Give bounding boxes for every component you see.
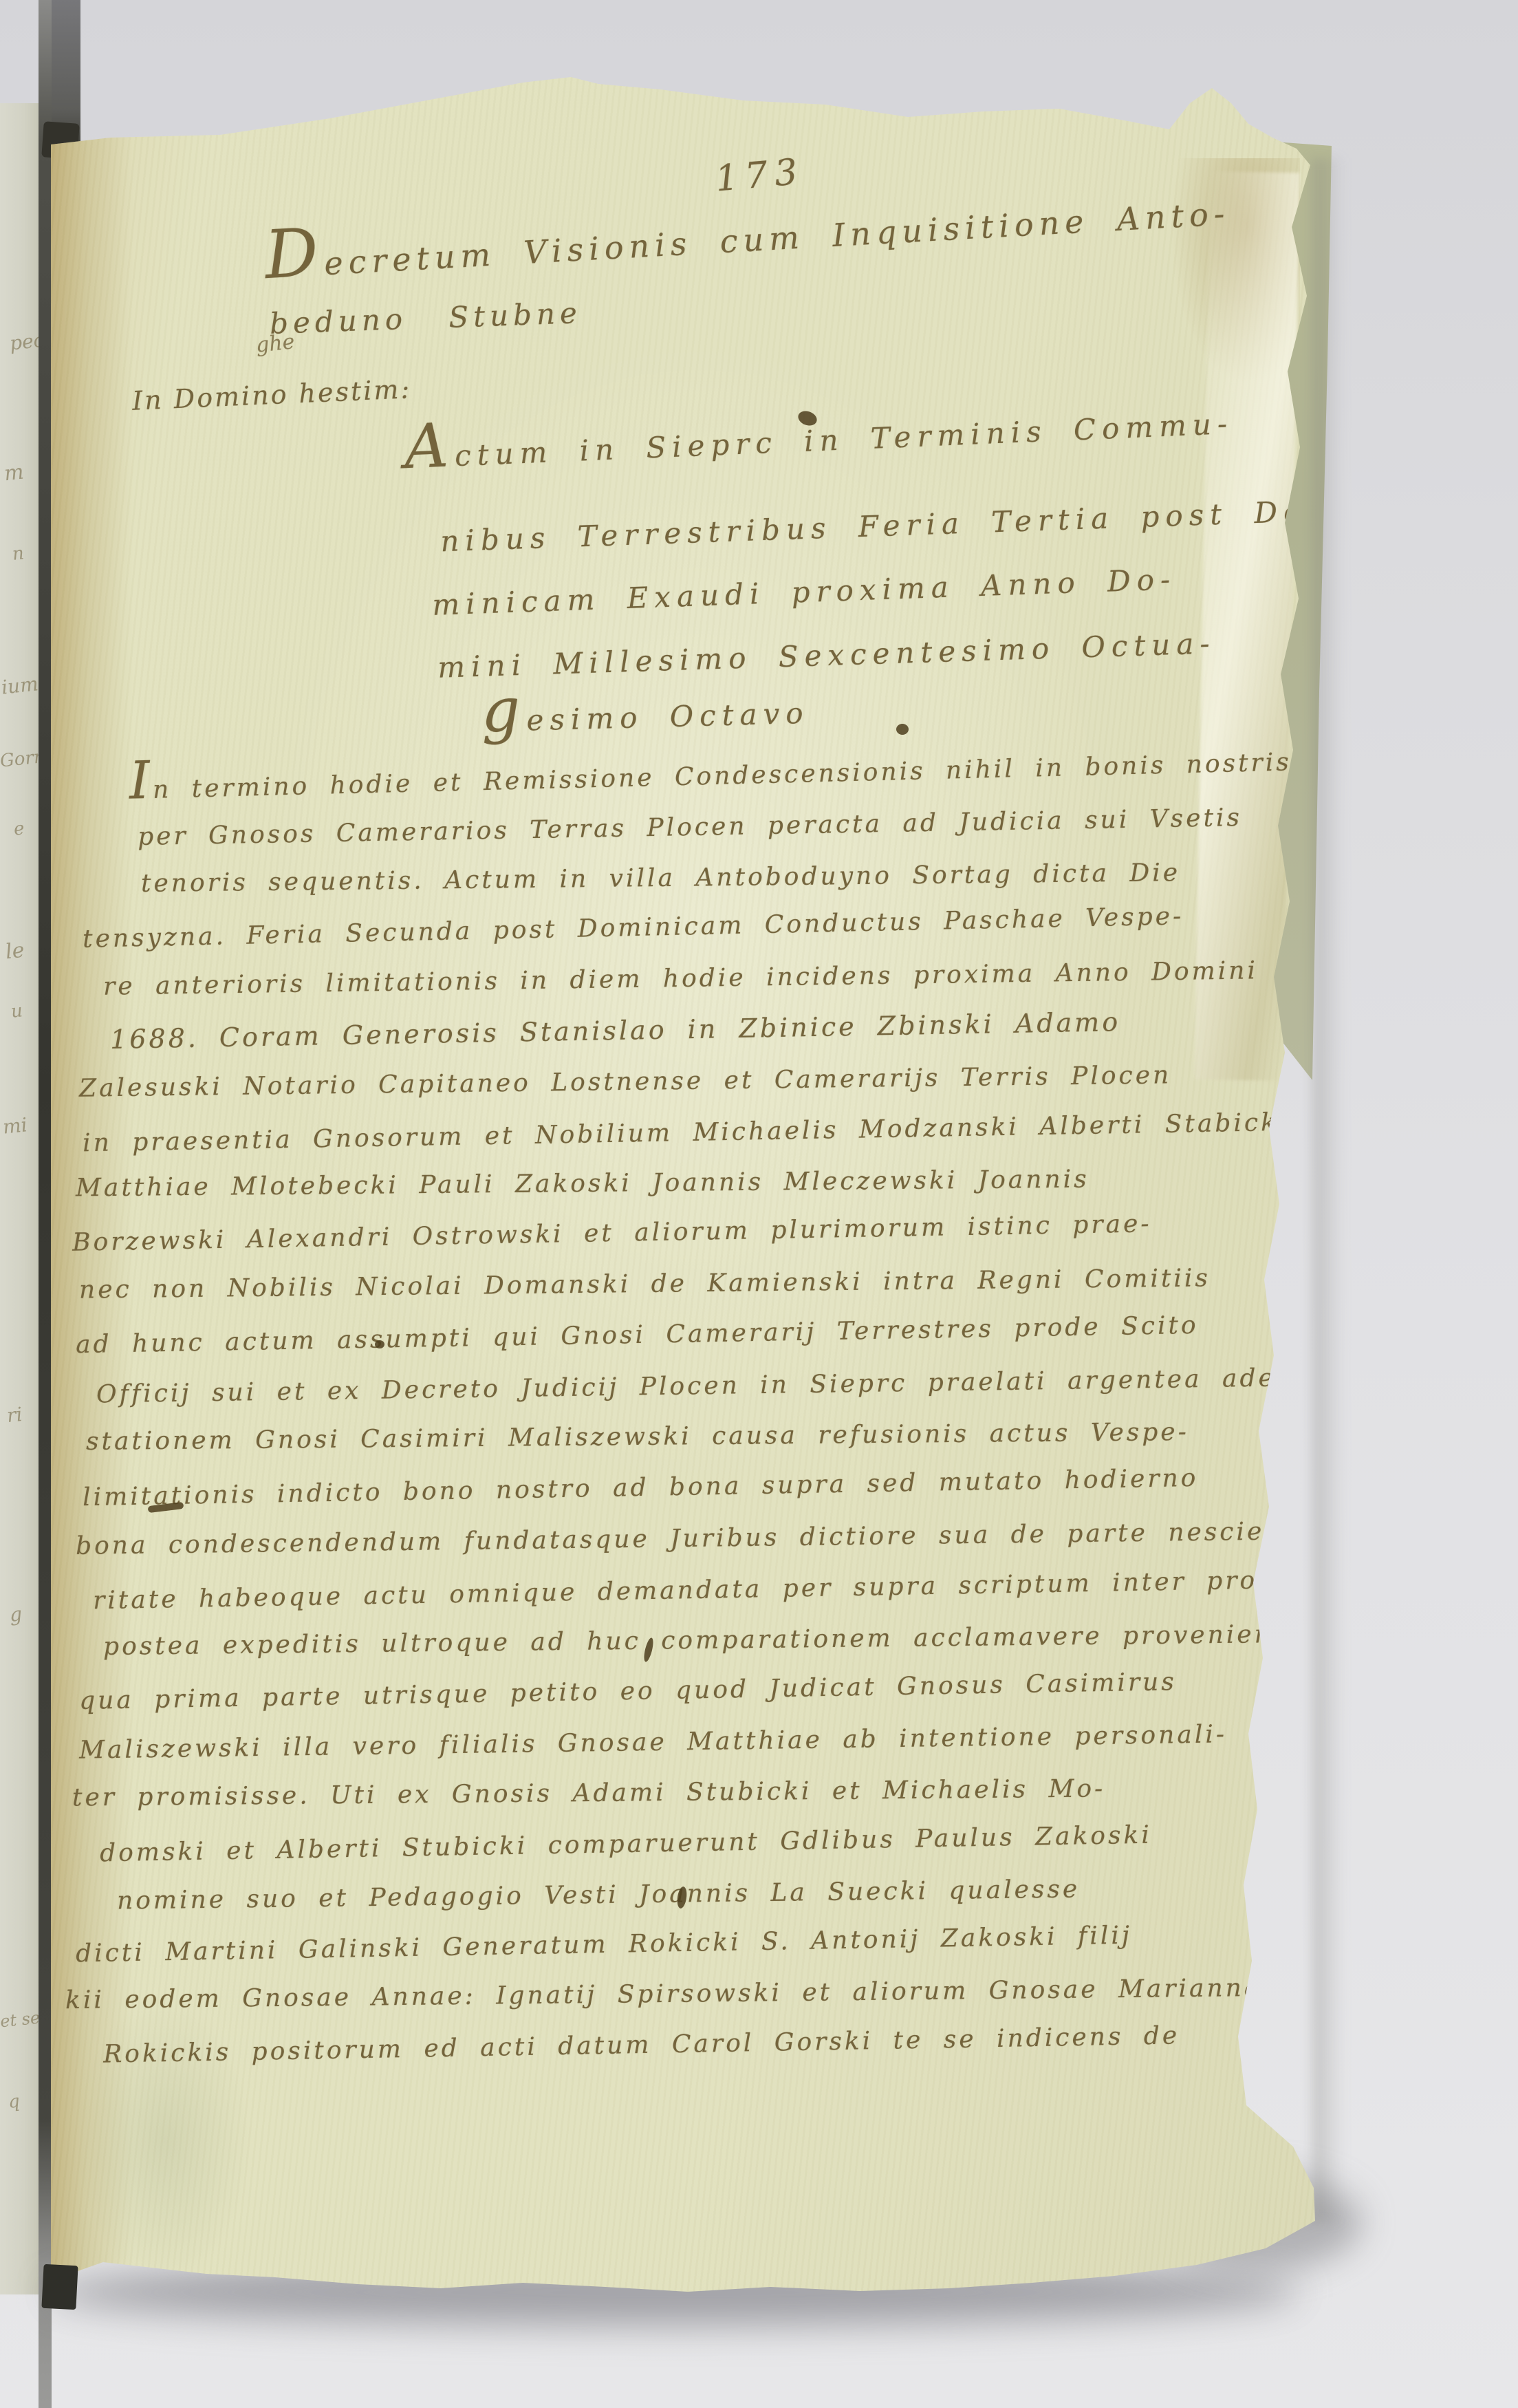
bleed-fragment: ium: [0, 672, 39, 698]
heading-flourish: ghe: [254, 330, 296, 358]
bleed-fragment: ri: [6, 1403, 23, 1427]
bleed-fragment: u: [10, 1000, 23, 1022]
ink-blot: [896, 724, 909, 735]
bleed-fragment: mi: [1, 1113, 28, 1139]
bleed-fragment: q: [7, 2091, 21, 2113]
bleed-fragment: g: [8, 1602, 23, 1626]
bleed-fragment: e: [12, 818, 25, 839]
bleed-fragment: n: [11, 543, 25, 565]
facing-page-edge: pec m n ium Gorri e le u mi ri g et seli…: [0, 103, 40, 2294]
page-edge-shadow: [1312, 158, 1344, 2222]
book-clamp-rod: [39, 0, 52, 2408]
clamp-bottom: [41, 2264, 78, 2310]
bleed-fragment: m: [3, 460, 25, 486]
manuscript-photo: pec m n ium Gorri e le u mi ri g et seli…: [0, 0, 1518, 2408]
bleed-fragment: le: [4, 938, 25, 965]
ink-blot: [375, 1340, 384, 1348]
page-number: 173: [714, 151, 806, 200]
